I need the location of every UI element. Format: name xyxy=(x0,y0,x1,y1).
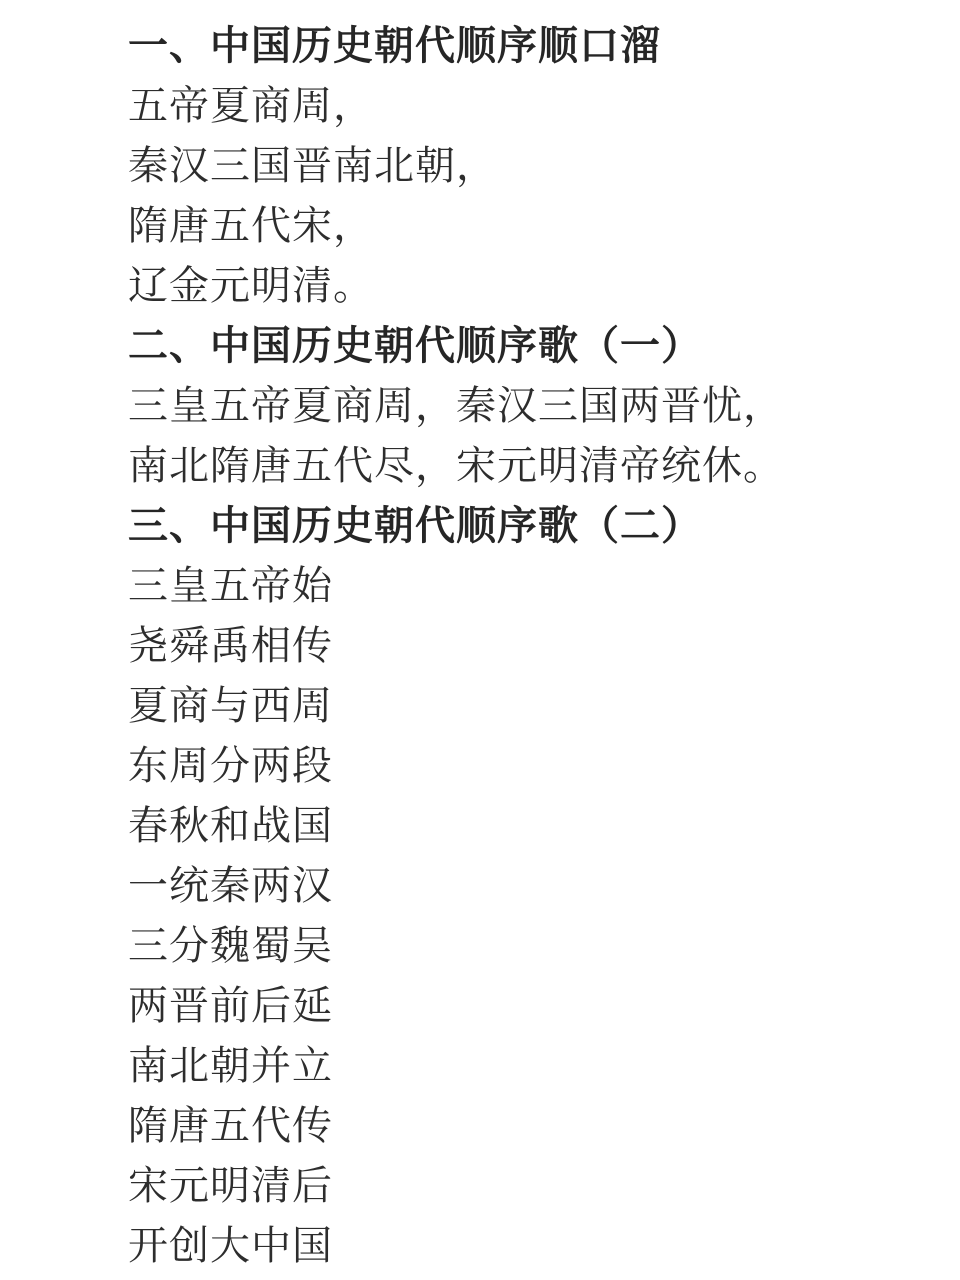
section-3: 三、中国历史朝代顺序歌（二） 三皇五帝始 尧舜禹相传 夏商与西周 东周分两段 春… xyxy=(128,496,920,1276)
poem-line: 三皇五帝夏商周，秦汉三国两晋忧， xyxy=(128,376,920,436)
poem-line: 三皇五帝始 xyxy=(128,556,920,616)
poem-line: 南北朝并立 xyxy=(128,1036,920,1096)
section-2: 二、中国历史朝代顺序歌（一） 三皇五帝夏商周，秦汉三国两晋忧， 南北隋唐五代尽，… xyxy=(128,316,920,496)
article-page: 一、中国历史朝代顺序顺口溜 五帝夏商周， 秦汉三国晋南北朝， 隋唐五代宋， 辽金… xyxy=(0,0,960,1280)
poem-line: 尧舜禹相传 xyxy=(128,616,920,676)
poem-line: 一统秦两汉 xyxy=(128,856,920,916)
poem-line: 春秋和战国 xyxy=(128,796,920,856)
poem-line: 夏商与西周 xyxy=(128,676,920,736)
poem-line: 秦汉三国晋南北朝， xyxy=(128,136,920,196)
section-3-heading: 三、中国历史朝代顺序歌（二） xyxy=(128,496,920,556)
poem-line: 隋唐五代传 xyxy=(128,1096,920,1156)
poem-line: 开创大中国 xyxy=(128,1216,920,1276)
poem-line: 五帝夏商周， xyxy=(128,76,920,136)
poem-line: 东周分两段 xyxy=(128,736,920,796)
section-1-heading: 一、中国历史朝代顺序顺口溜 xyxy=(128,16,920,76)
poem-line: 宋元明清后 xyxy=(128,1156,920,1216)
poem-line: 隋唐五代宋， xyxy=(128,196,920,256)
poem-line: 辽金元明清。 xyxy=(128,256,920,316)
section-2-heading: 二、中国历史朝代顺序歌（一） xyxy=(128,316,920,376)
section-1: 一、中国历史朝代顺序顺口溜 五帝夏商周， 秦汉三国晋南北朝， 隋唐五代宋， 辽金… xyxy=(128,16,920,316)
poem-line: 三分魏蜀吴 xyxy=(128,916,920,976)
poem-line: 两晋前后延 xyxy=(128,976,920,1036)
poem-line: 南北隋唐五代尽，宋元明清帝统休。 xyxy=(128,436,920,496)
